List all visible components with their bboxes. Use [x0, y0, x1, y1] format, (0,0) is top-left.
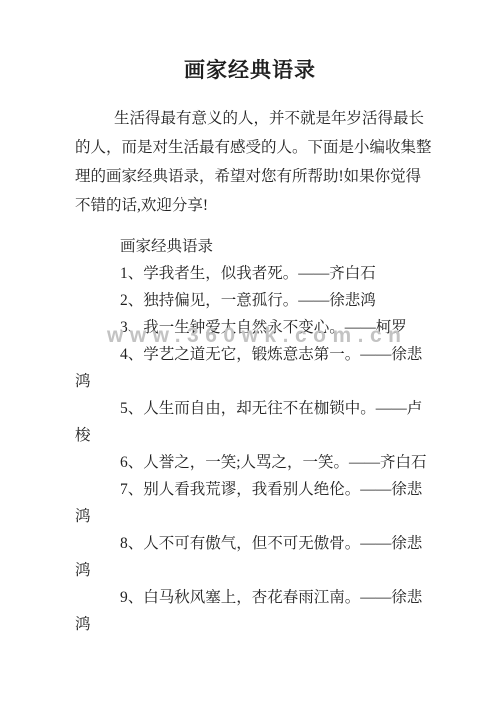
intro-paragraph: 生活得最有意义的人，并不就是年岁活得最长 的人，而是对生活最有感受的人。下面是小… [75, 104, 440, 220]
intro-line-2: 的人，而是对生活最有感受的人。下面是小编收集整 [75, 133, 440, 162]
quote-item-4-continuation: 鸿 [75, 368, 445, 395]
quote-item-8-continuation: 鸿 [75, 557, 445, 584]
quote-item-7-continuation: 鸿 [75, 503, 445, 530]
intro-line-4: 不错的话,欢迎分享! [75, 191, 440, 220]
quote-item-6: 6、人誉之，一笑;人骂之，一笑。——齐白石 [75, 449, 445, 476]
quote-item-3: 3、我一生钟爱大自然永不变心。——柯罗 [75, 314, 445, 341]
quote-item-7: 7、别人看我荒谬，我看别人绝伦。——徐悲 [75, 476, 445, 503]
document-page: 画家经典语录 生活得最有意义的人，并不就是年岁活得最长 的人，而是对生活最有感受… [0, 0, 500, 708]
quote-item-2: 2、独持偏见，一意孤行。——徐悲鸿 [75, 287, 445, 314]
intro-line-3: 理的画家经典语录，希望对您有所帮助!如果你觉得 [75, 162, 440, 191]
quote-item-9-continuation: 鸿 [75, 611, 445, 638]
quote-item-5: 5、人生而自由，却无往不在枷锁中。——卢 [75, 395, 445, 422]
quote-item-4: 4、学艺之道无它，锻炼意志第一。——徐悲 [75, 341, 445, 368]
intro-line-1: 生活得最有意义的人，并不就是年岁活得最长 [75, 104, 440, 133]
quote-item-9: 9、白马秋风塞上，杏花春雨江南。——徐悲 [75, 584, 445, 611]
quote-item-5-continuation: 梭 [75, 422, 445, 449]
quote-list: 画家经典语录 1、学我者生，似我者死。——齐白石 2、独持偏见，一意孤行。——徐… [75, 233, 445, 638]
quote-item-8: 8、人不可有傲气，但不可无傲骨。——徐悲 [75, 530, 445, 557]
quote-list-heading: 画家经典语录 [75, 233, 445, 260]
page-title: 画家经典语录 [0, 0, 500, 83]
quote-item-1: 1、学我者生，似我者死。——齐白石 [75, 260, 445, 287]
